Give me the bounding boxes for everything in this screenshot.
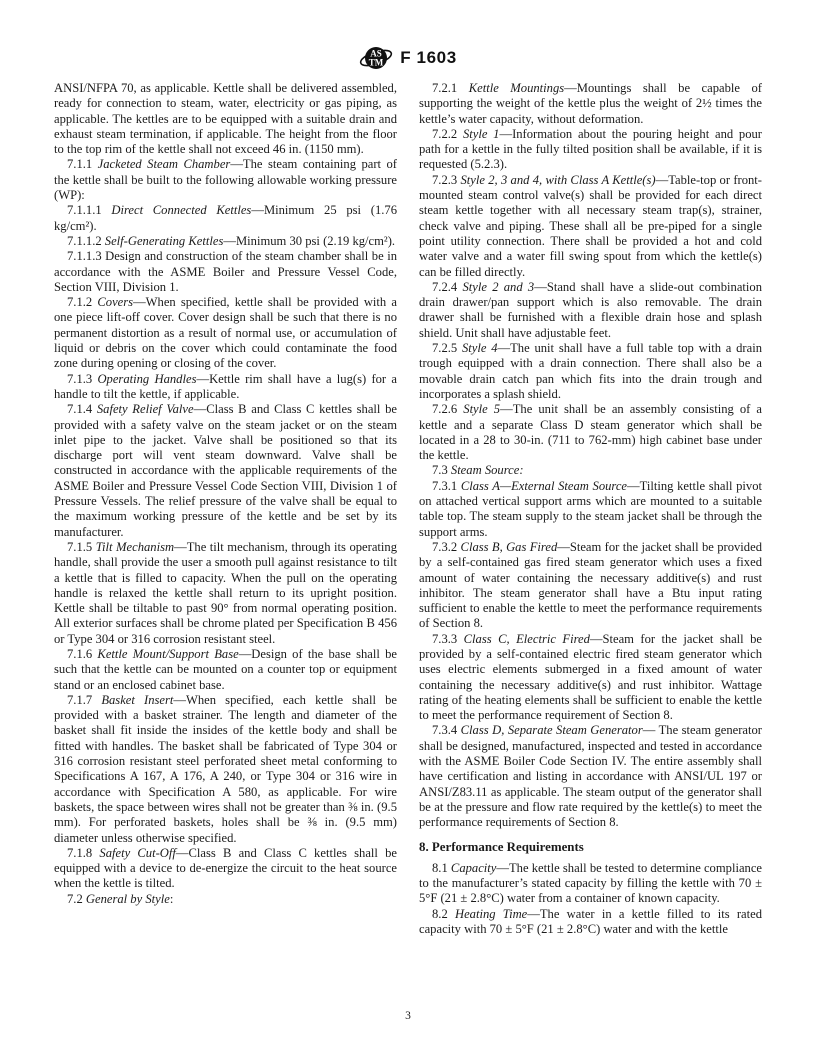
- body-text: — The steam generator shall be designed,…: [419, 723, 762, 829]
- paragraph: 7.2.2 Style 1—Information about the pour…: [419, 127, 762, 173]
- clause-title: Style 2 and 3: [462, 280, 534, 294]
- body-text: 7.3.4: [432, 723, 461, 737]
- body-text: 7.2.6: [432, 402, 463, 416]
- body-text: —Class B and Class C kettles shall be pr…: [54, 402, 397, 538]
- clause-title: Kettle Mountings: [469, 81, 564, 95]
- paragraph: 7.1.2 Covers—When specified, kettle shal…: [54, 295, 397, 371]
- paragraph: 7.3.3 Class C, Electric Fired—Steam for …: [419, 632, 762, 724]
- body-text: 7.2.5: [432, 341, 462, 355]
- clause-title: Capacity: [451, 861, 496, 875]
- astm-logo-text-bottom: TM: [369, 58, 384, 68]
- paragraph: 7.1.1 Jacketed Steam Chamber—The steam c…: [54, 157, 397, 203]
- paragraph: 7.1.1.2 Self-Generating Kettles—Minimum …: [54, 234, 397, 249]
- paragraph: 7.1.1.3 Design and construction of the s…: [54, 249, 397, 295]
- body-text: —Table-top or front-mounted steam contro…: [419, 173, 762, 279]
- clause-title: Class B, Gas Fired: [461, 540, 558, 554]
- document-page: AS TM F 1603 ANSI/NFPA 70, as applicable…: [0, 0, 816, 1056]
- paragraph: 7.1.8 Safety Cut-Off—Class B and Class C…: [54, 846, 397, 892]
- clause-title: Class A—External Steam Source: [461, 479, 627, 493]
- clause-title: Steam Source:: [451, 463, 524, 477]
- page-number: 3: [0, 1010, 816, 1022]
- body-text: 8.1: [432, 861, 451, 875]
- clause-title: Heating Time: [455, 907, 527, 921]
- body-text: 7.3.2: [432, 540, 461, 554]
- body-text: :: [170, 892, 174, 906]
- body-text: 8. Performance Requirements: [419, 840, 584, 854]
- paragraph: 7.2.3 Style 2, 3 and 4, with Class A Ket…: [419, 173, 762, 280]
- paragraph: 7.1.4 Safety Relief Valve—Class B and Cl…: [54, 402, 397, 540]
- astm-logo-icon: AS TM: [359, 44, 393, 72]
- body-text: —When specified, each kettle shall be pr…: [54, 693, 397, 845]
- text-columns: ANSI/NFPA 70, as applicable. Kettle shal…: [0, 81, 816, 937]
- body-text: —The tilt mechanism, through its operati…: [54, 540, 397, 646]
- paragraph: 7.2.1 Kettle Mountings—Mountings shall b…: [419, 81, 762, 127]
- clause-title: Direct Connected Kettles: [111, 203, 251, 217]
- body-text: 7.1.6: [67, 647, 97, 661]
- clause-title: Operating Handles: [97, 372, 196, 386]
- body-text: ANSI/NFPA 70, as applicable. Kettle shal…: [54, 81, 397, 156]
- body-text: 7.3.3: [432, 632, 464, 646]
- paragraph: ANSI/NFPA 70, as applicable. Kettle shal…: [54, 81, 397, 157]
- clause-title: Jacketed Steam Chamber: [98, 157, 231, 171]
- right-column: 7.2.1 Kettle Mountings—Mountings shall b…: [419, 81, 762, 937]
- clause-title: Class D, Separate Steam Generator: [461, 723, 643, 737]
- paragraph: 7.1.3 Operating Handles—Kettle rim shall…: [54, 372, 397, 403]
- document-number: F 1603: [400, 48, 457, 68]
- paragraph: 7.2.6 Style 5—The unit shall be an assem…: [419, 402, 762, 463]
- paragraph: 7.3 Steam Source:: [419, 463, 762, 478]
- paragraph: 7.2.5 Style 4—The unit shall have a full…: [419, 341, 762, 402]
- paragraph: 8.2 Heating Time—The water in a kettle f…: [419, 907, 762, 938]
- clause-title: Safety Cut-Off: [99, 846, 175, 860]
- page-header: AS TM F 1603: [0, 0, 816, 72]
- paragraph: 7.1.5 Tilt Mechanism—The tilt mechanism,…: [54, 540, 397, 647]
- body-text: 7.1.1.3 Design and construction of the s…: [54, 249, 397, 294]
- body-text: 7.3.1: [432, 479, 461, 493]
- clause-title: Style 1: [463, 127, 500, 141]
- clause-title: Self-Generating Kettles: [105, 234, 224, 248]
- clause-title: Basket Insert: [101, 693, 173, 707]
- body-text: 7.2.2: [432, 127, 463, 141]
- body-text: 7.3: [432, 463, 451, 477]
- clause-title: Style 2, 3 and 4, with Class A Kettle(s): [460, 173, 655, 187]
- body-text: 7.1.2: [67, 295, 97, 309]
- body-text: 7.2.4: [432, 280, 462, 294]
- clause-title: General by Style: [86, 892, 170, 906]
- body-text: 7.1.4: [67, 402, 97, 416]
- clause-title: Style 5: [463, 402, 500, 416]
- body-text: 7.1.8: [67, 846, 99, 860]
- body-text: 7.1.1.2: [67, 234, 105, 248]
- paragraph: 7.1.1.1 Direct Connected Kettles—Minimum…: [54, 203, 397, 234]
- body-text: 7.1.3: [67, 372, 97, 386]
- body-text: 8.2: [432, 907, 455, 921]
- body-text: 7.1.1: [67, 157, 98, 171]
- clause-title: Safety Relief Valve: [97, 402, 194, 416]
- left-column: ANSI/NFPA 70, as applicable. Kettle shal…: [54, 81, 397, 937]
- body-text: 7.2.3: [432, 173, 460, 187]
- section-heading: 8. Performance Requirements: [419, 840, 762, 855]
- body-text: 7.1.7: [67, 693, 101, 707]
- paragraph: 7.2.4 Style 2 and 3—Stand shall have a s…: [419, 280, 762, 341]
- body-text: 7.1.1.1: [67, 203, 111, 217]
- body-text: 7.2.1: [432, 81, 469, 95]
- paragraph: 7.1.7 Basket Insert—When specified, each…: [54, 693, 397, 846]
- paragraph: 7.2 General by Style:: [54, 892, 397, 907]
- paragraph: 7.3.1 Class A—External Steam Source—Tilt…: [419, 479, 762, 540]
- paragraph: 8.1 Capacity—The kettle shall be tested …: [419, 861, 762, 907]
- clause-title: Style 4: [462, 341, 498, 355]
- clause-title: Class C, Electric Fired: [464, 632, 590, 646]
- clause-title: Tilt Mechanism: [96, 540, 174, 554]
- paragraph: 7.3.4 Class D, Separate Steam Generator—…: [419, 723, 762, 830]
- clause-title: Covers: [97, 295, 133, 309]
- body-text: 7.2: [67, 892, 86, 906]
- body-text: 7.1.5: [67, 540, 96, 554]
- body-text: —Minimum 30 psi (2.19 kg/cm²).: [223, 234, 395, 248]
- paragraph: 7.1.6 Kettle Mount/Support Base—Design o…: [54, 647, 397, 693]
- clause-title: Kettle Mount/Support Base: [97, 647, 238, 661]
- paragraph: 7.3.2 Class B, Gas Fired—Steam for the j…: [419, 540, 762, 632]
